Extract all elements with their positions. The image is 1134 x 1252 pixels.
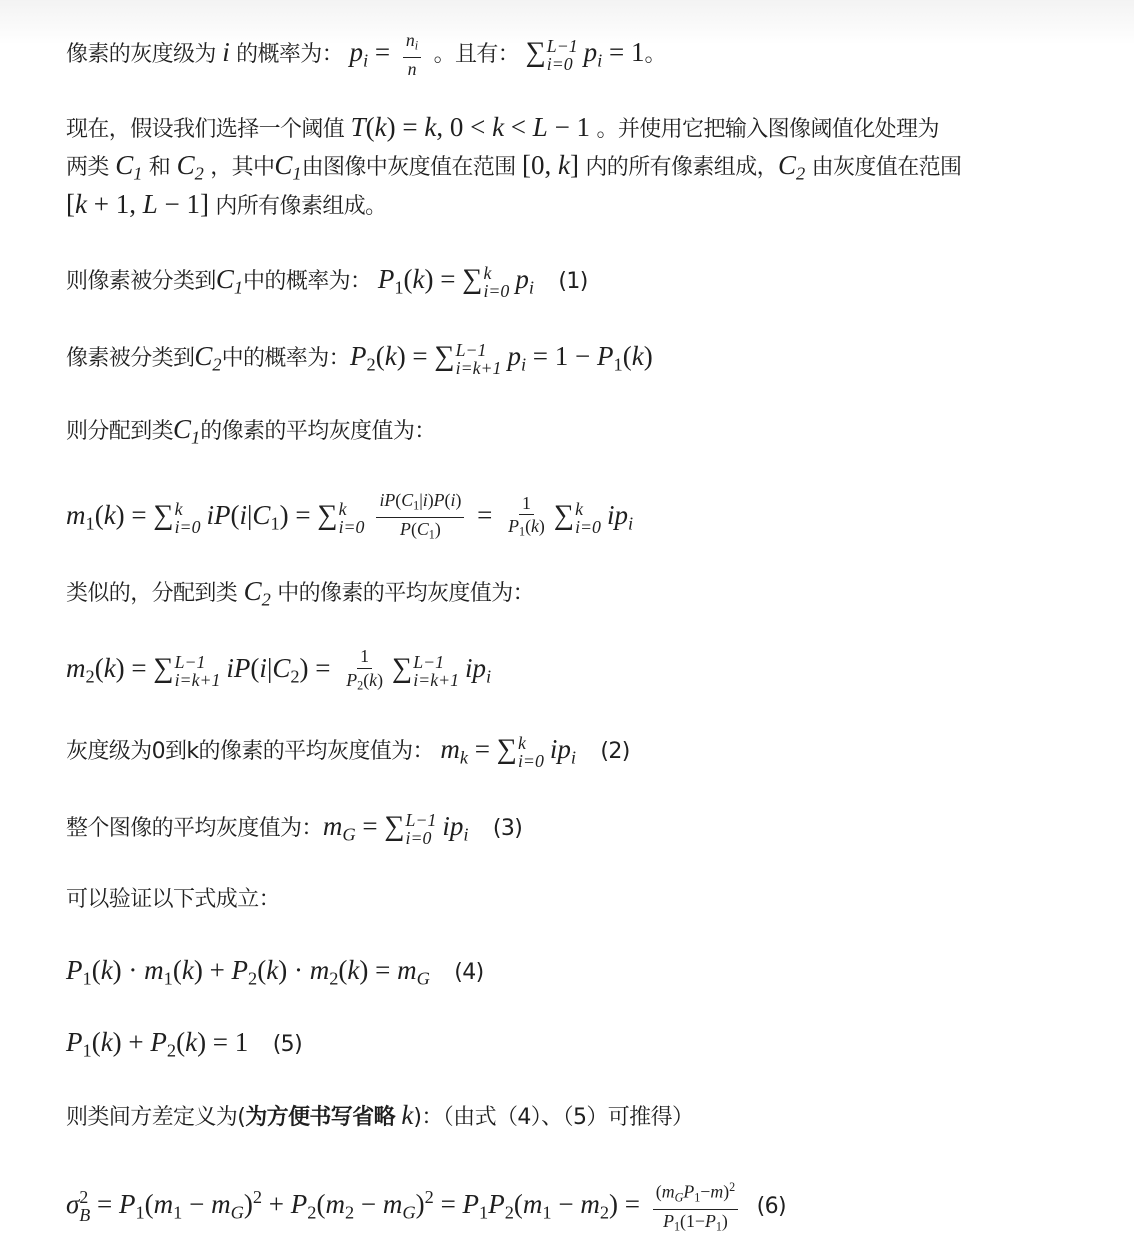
text: 则分配到类 bbox=[66, 419, 173, 444]
paragraph-m1-label: 则分配到类C1的像素的平均灰度值为： bbox=[66, 410, 436, 457]
formula-m1: m1(k) = ∑ki=0iP(i|C1) = ∑ki=0iP(C1|i)P(i… bbox=[66, 490, 633, 545]
paragraph-verify: 可以验证以下式成立： bbox=[66, 881, 280, 919]
math-range-0k: [0, k] bbox=[522, 150, 579, 180]
text: 类似的，分配到类 bbox=[66, 581, 244, 606]
math-c2: C2 bbox=[194, 341, 221, 371]
formula-eq6-body: σ2B = P1(m1 − mG)2 + P2(m2 − mG)2 = P1P2… bbox=[66, 1189, 744, 1219]
text: 中的概率为： bbox=[243, 269, 371, 294]
text: 像素的灰度级为 bbox=[66, 42, 222, 67]
formula-eq5: P1(k) + P2(k) = 1 (5) bbox=[66, 1023, 302, 1070]
text: 中的概率为： bbox=[222, 346, 350, 371]
formula-eq5-body: P1(k) + P2(k) = 1 bbox=[66, 1027, 248, 1057]
formula-P1: P1(k) = ∑ki=0pi bbox=[378, 264, 534, 294]
formula-eq4: P1(k) · m1(k) + P2(k) · m2(k) = mG (4) bbox=[66, 951, 484, 998]
paragraph-variance-label: 则类间方差定义为(为方便书写省略 k)：（由式（4）、（5）可推得） bbox=[66, 1096, 693, 1137]
equation-number: (3) bbox=[493, 816, 522, 841]
paragraph-pixel-probability: 像素的灰度级为 i 的概率为： pi = nin 。且有： ∑L−1i=0pi … bbox=[66, 30, 666, 80]
paragraph-mk: 灰度级为0到k的像素的平均灰度值为： mk = ∑ki=0ipi (2) bbox=[66, 730, 630, 777]
math-range-k1-L1: [k + 1, L − 1] bbox=[66, 189, 209, 219]
formula-m2: m2(k) = ∑L−1i=k+1iP(i|C2) = 1P2(k)∑L−1i=… bbox=[66, 646, 491, 696]
text: 则类间方差定义为( bbox=[66, 1105, 245, 1130]
text: 中的像素的平均灰度值为： bbox=[271, 581, 534, 606]
text: 内的所有像素组成， bbox=[579, 155, 778, 180]
math-c1: C1 bbox=[115, 150, 142, 180]
text: 像素被分类到 bbox=[66, 346, 194, 371]
formula-threshold: T(k) = k, 0 < k < L − 1 bbox=[351, 112, 590, 142]
math-c2: C2 bbox=[778, 150, 805, 180]
math-c1: C1 bbox=[173, 414, 200, 444]
paragraph-m2-label: 类似的，分配到类 C2 中的像素的平均灰度值为： bbox=[66, 572, 534, 619]
text: 内所有像素组成。 bbox=[209, 194, 387, 219]
formula-sum-pi: ∑L−1i=0pi = 1 bbox=[526, 37, 645, 67]
equation-number: (6) bbox=[757, 1194, 786, 1219]
text: ，其中 bbox=[210, 155, 274, 180]
math-var: k bbox=[401, 1100, 413, 1130]
paragraph-threshold-line1: 现在，假设我们选择一个阈值 T(k) = k, 0 < k < L − 1 。并… bbox=[66, 108, 939, 149]
text: 由图像中灰度值在范围 bbox=[302, 155, 522, 180]
paragraph-threshold-line3: [k + 1, L − 1] 内所有像素组成。 bbox=[66, 185, 387, 226]
formula-P2: P2(k) = ∑L−1i=k+1pi = 1 − P1(k) bbox=[350, 341, 653, 371]
text: 。且有： bbox=[434, 42, 520, 67]
text: 则像素被分类到 bbox=[66, 269, 216, 294]
math-c1: C1 bbox=[274, 150, 301, 180]
formula-m1-body: m1(k) = ∑ki=0iP(i|C1) = ∑ki=0iP(C1|i)P(i… bbox=[66, 500, 633, 530]
formula-eq4-body: P1(k) · m1(k) + P2(k) · m2(k) = mG bbox=[66, 955, 430, 985]
text: 。 bbox=[644, 42, 665, 67]
formula-m2-body: m2(k) = ∑L−1i=k+1iP(i|C2) = 1P2(k)∑L−1i=… bbox=[66, 653, 491, 683]
math-var: i bbox=[222, 37, 230, 67]
paragraph-mG: 整个图像的平均灰度值为：mG = ∑L−1i=0ipi (3) bbox=[66, 807, 522, 854]
math-c1: C1 bbox=[216, 264, 243, 294]
text: 的像素的平均灰度值为： bbox=[200, 419, 435, 444]
text: 整个图像的平均灰度值为： bbox=[66, 816, 323, 841]
bold-text: 为方便书写省略 bbox=[245, 1105, 395, 1130]
text: 两类 bbox=[66, 155, 115, 180]
equation-number: (1) bbox=[558, 269, 587, 294]
text: 灰度级为0到k的像素的平均灰度值为： bbox=[66, 739, 434, 764]
formula-mG: mG = ∑L−1i=0ipi bbox=[323, 811, 469, 841]
math-c2: C2 bbox=[244, 576, 271, 606]
text: 由灰度值在范围 bbox=[805, 155, 961, 180]
paragraph-p1: 则像素被分类到C1中的概率为： P1(k) = ∑ki=0pi (1) bbox=[66, 260, 588, 307]
formula-pi: pi = nin bbox=[350, 37, 428, 67]
text: )：（由式（4）、（5）可推得） bbox=[413, 1105, 693, 1130]
text: 。并使用它把输入图像阈值化处理为 bbox=[596, 117, 938, 142]
equation-number: (5) bbox=[273, 1032, 302, 1057]
text: 可以验证以下式成立： bbox=[66, 887, 280, 912]
math-c2: C2 bbox=[177, 150, 204, 180]
text: 和 bbox=[142, 155, 176, 180]
equation-number: (2) bbox=[600, 739, 629, 764]
paragraph-p2: 像素被分类到C2中的概率为：P2(k) = ∑L−1i=k+1pi = 1 − … bbox=[66, 337, 653, 384]
formula-eq6: σ2B = P1(m1 − mG)2 + P2(m2 − mG)2 = P1P2… bbox=[66, 1177, 786, 1237]
equation-number: (4) bbox=[454, 960, 483, 985]
formula-mk: mk = ∑ki=0ipi bbox=[440, 734, 576, 764]
text: 的概率为： bbox=[230, 42, 343, 67]
text: 现在，假设我们选择一个阈值 bbox=[66, 117, 351, 142]
